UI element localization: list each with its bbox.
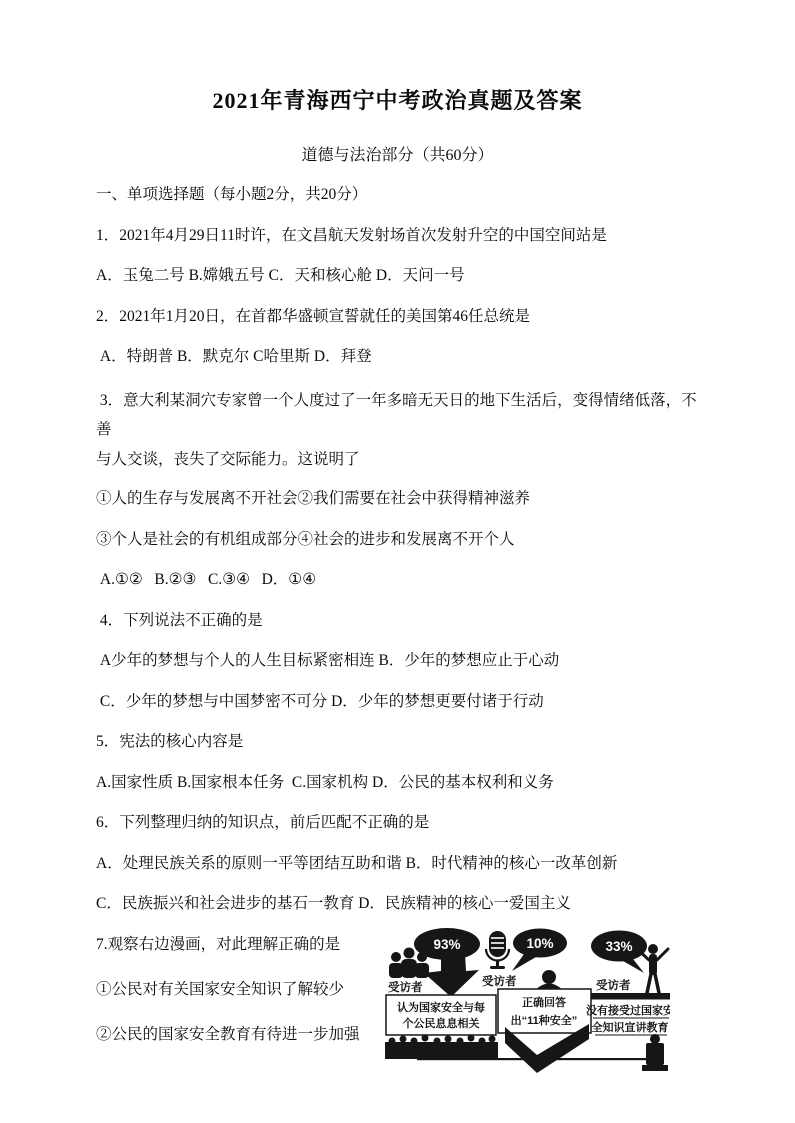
svg-text:10%: 10% xyxy=(526,936,553,951)
svg-text:正确回答: 正确回答 xyxy=(522,995,566,1009)
section-header: 一、单项选择题（每小题2分，共20分） xyxy=(96,183,699,207)
q3-options: A.①② B.②③ C.③④ D．①④ xyxy=(96,568,699,592)
lectern-figure-icon xyxy=(642,1034,668,1071)
page-title: 2021年青海西宁中考政治真题及答案 xyxy=(96,86,699,116)
presenter-icon xyxy=(637,944,668,993)
panel2-caption-box: 正确回答 出“11种安全” xyxy=(498,989,591,1033)
speech-bubble-10: 10% xyxy=(512,928,567,971)
panel1-caption-box: 认为国家安全与每 个公民息息相关 xyxy=(386,995,496,1035)
svg-text:出“11种安全”: 出“11种安全” xyxy=(511,1013,578,1027)
q4-stem: 4．下列说法不正确的是 xyxy=(96,609,699,633)
panel3-caption: 没有接受过国家安 全知识宣讲教育 xyxy=(586,1003,670,1035)
svg-text:认为国家安全与每: 认为国家安全与每 xyxy=(397,1000,485,1014)
q3-stem-line1: 3．意大利某洞穴专家曾一个人度过了一年多暗无天日的地下生活后，变得情绪低落，不善 xyxy=(96,392,697,439)
panel1-label: 受访者 xyxy=(388,980,423,994)
q7-block: 7.观察右边漫画，对此理解正确的是 ①公民对有关国家安全知识了解较少 ②公民的国… xyxy=(96,933,699,1047)
q3-stem: 3．意大利某洞穴专家曾一个人度过了一年多暗无天日的地下生活后，变得情绪低落，不善… xyxy=(96,386,699,475)
down-arrow-icon xyxy=(424,953,479,997)
q5-options: A.国家性质 B.国家根本任务 C.国家机构 D．公民的基本权利和义务 xyxy=(96,771,699,795)
svg-text:33%: 33% xyxy=(605,939,632,954)
document-page: 2021年青海西宁中考政治真题及答案 道德与法治部分（共60分） 一、单项选择题… xyxy=(0,0,795,1123)
q3-stem-line2: 与人交谈，丧失了交际能力。这说明了 xyxy=(96,451,360,468)
svg-text:93%: 93% xyxy=(433,937,460,952)
cartoon-panel-2: 10% 受访者 正确回答 出“11种安全” xyxy=(482,928,591,1073)
q2-options: A．特朗普 B．默克尔 C哈里斯 D．拜登 xyxy=(96,345,699,369)
q4-options-ab: A少年的梦想与个人的人生目标紧密相连 B．少年的梦想应止于心动 xyxy=(96,649,699,673)
panel2-label: 受访者 xyxy=(482,974,517,988)
q6-stem: 6．下列整理归纳的知识点，前后匹配不正确的是 xyxy=(96,811,699,835)
q1-options: A．玉兔二号 B.嫦娥五号 C．天和核心舱 D．天问一号 xyxy=(96,264,699,288)
panel3-label: 受访者 xyxy=(596,978,631,992)
q2-stem: 2．2021年1月20日，在首都华盛顿宣誓就任的美国第46任总统是 xyxy=(96,305,699,329)
svg-text:没有接受过国家安: 没有接受过国家安 xyxy=(586,1003,670,1017)
crowd-icon xyxy=(385,1034,498,1059)
q1-stem: 1．2021年4月29日11时许，在文昌航天发射场首次发射升空的中国空间站是 xyxy=(96,224,699,248)
platform-bar xyxy=(591,993,670,1000)
q6-options-ab: A．处理民族关系的原则一平等团结互助和谐 B．时代精神的核心一改革创新 xyxy=(96,852,699,876)
q3-statements-34: ③个人是社会的有机组成部分④社会的进步和发展离不开个人 xyxy=(96,528,699,552)
q4-options-cd: C．少年的梦想与中国梦密不可分 D．少年的梦想更要付诸于行动 xyxy=(96,690,699,714)
cartoon-panel-1: 93% 受访者 认为国家安全与每 个公民息息相关 xyxy=(385,928,498,1059)
q3-statements-12: ①人的生存与发展离不开社会②我们需要在社会中获得精神滋养 xyxy=(96,487,699,511)
cartoon-panel-3: 33% 受访者 没有接受过国家安 全知识宣讲教育 xyxy=(586,930,670,1071)
national-security-survey-cartoon: 93% 受访者 认为国家安全与每 个公民息息相关 xyxy=(385,927,670,1077)
q7-cartoon: 93% 受访者 认为国家安全与每 个公民息息相关 xyxy=(385,927,670,1077)
svg-text:个公民息息相关: 个公民息息相关 xyxy=(403,1016,480,1030)
q5-stem: 5．宪法的核心内容是 xyxy=(96,730,699,754)
q6-options-cd: C．民族振兴和社会进步的基石一教育 D．民族精神的核心一爱国主义 xyxy=(96,892,699,916)
svg-text:全知识宣讲教育: 全知识宣讲教育 xyxy=(592,1020,669,1034)
subtitle: 道德与法治部分（共60分） xyxy=(96,144,699,168)
microphone-icon xyxy=(486,931,509,969)
